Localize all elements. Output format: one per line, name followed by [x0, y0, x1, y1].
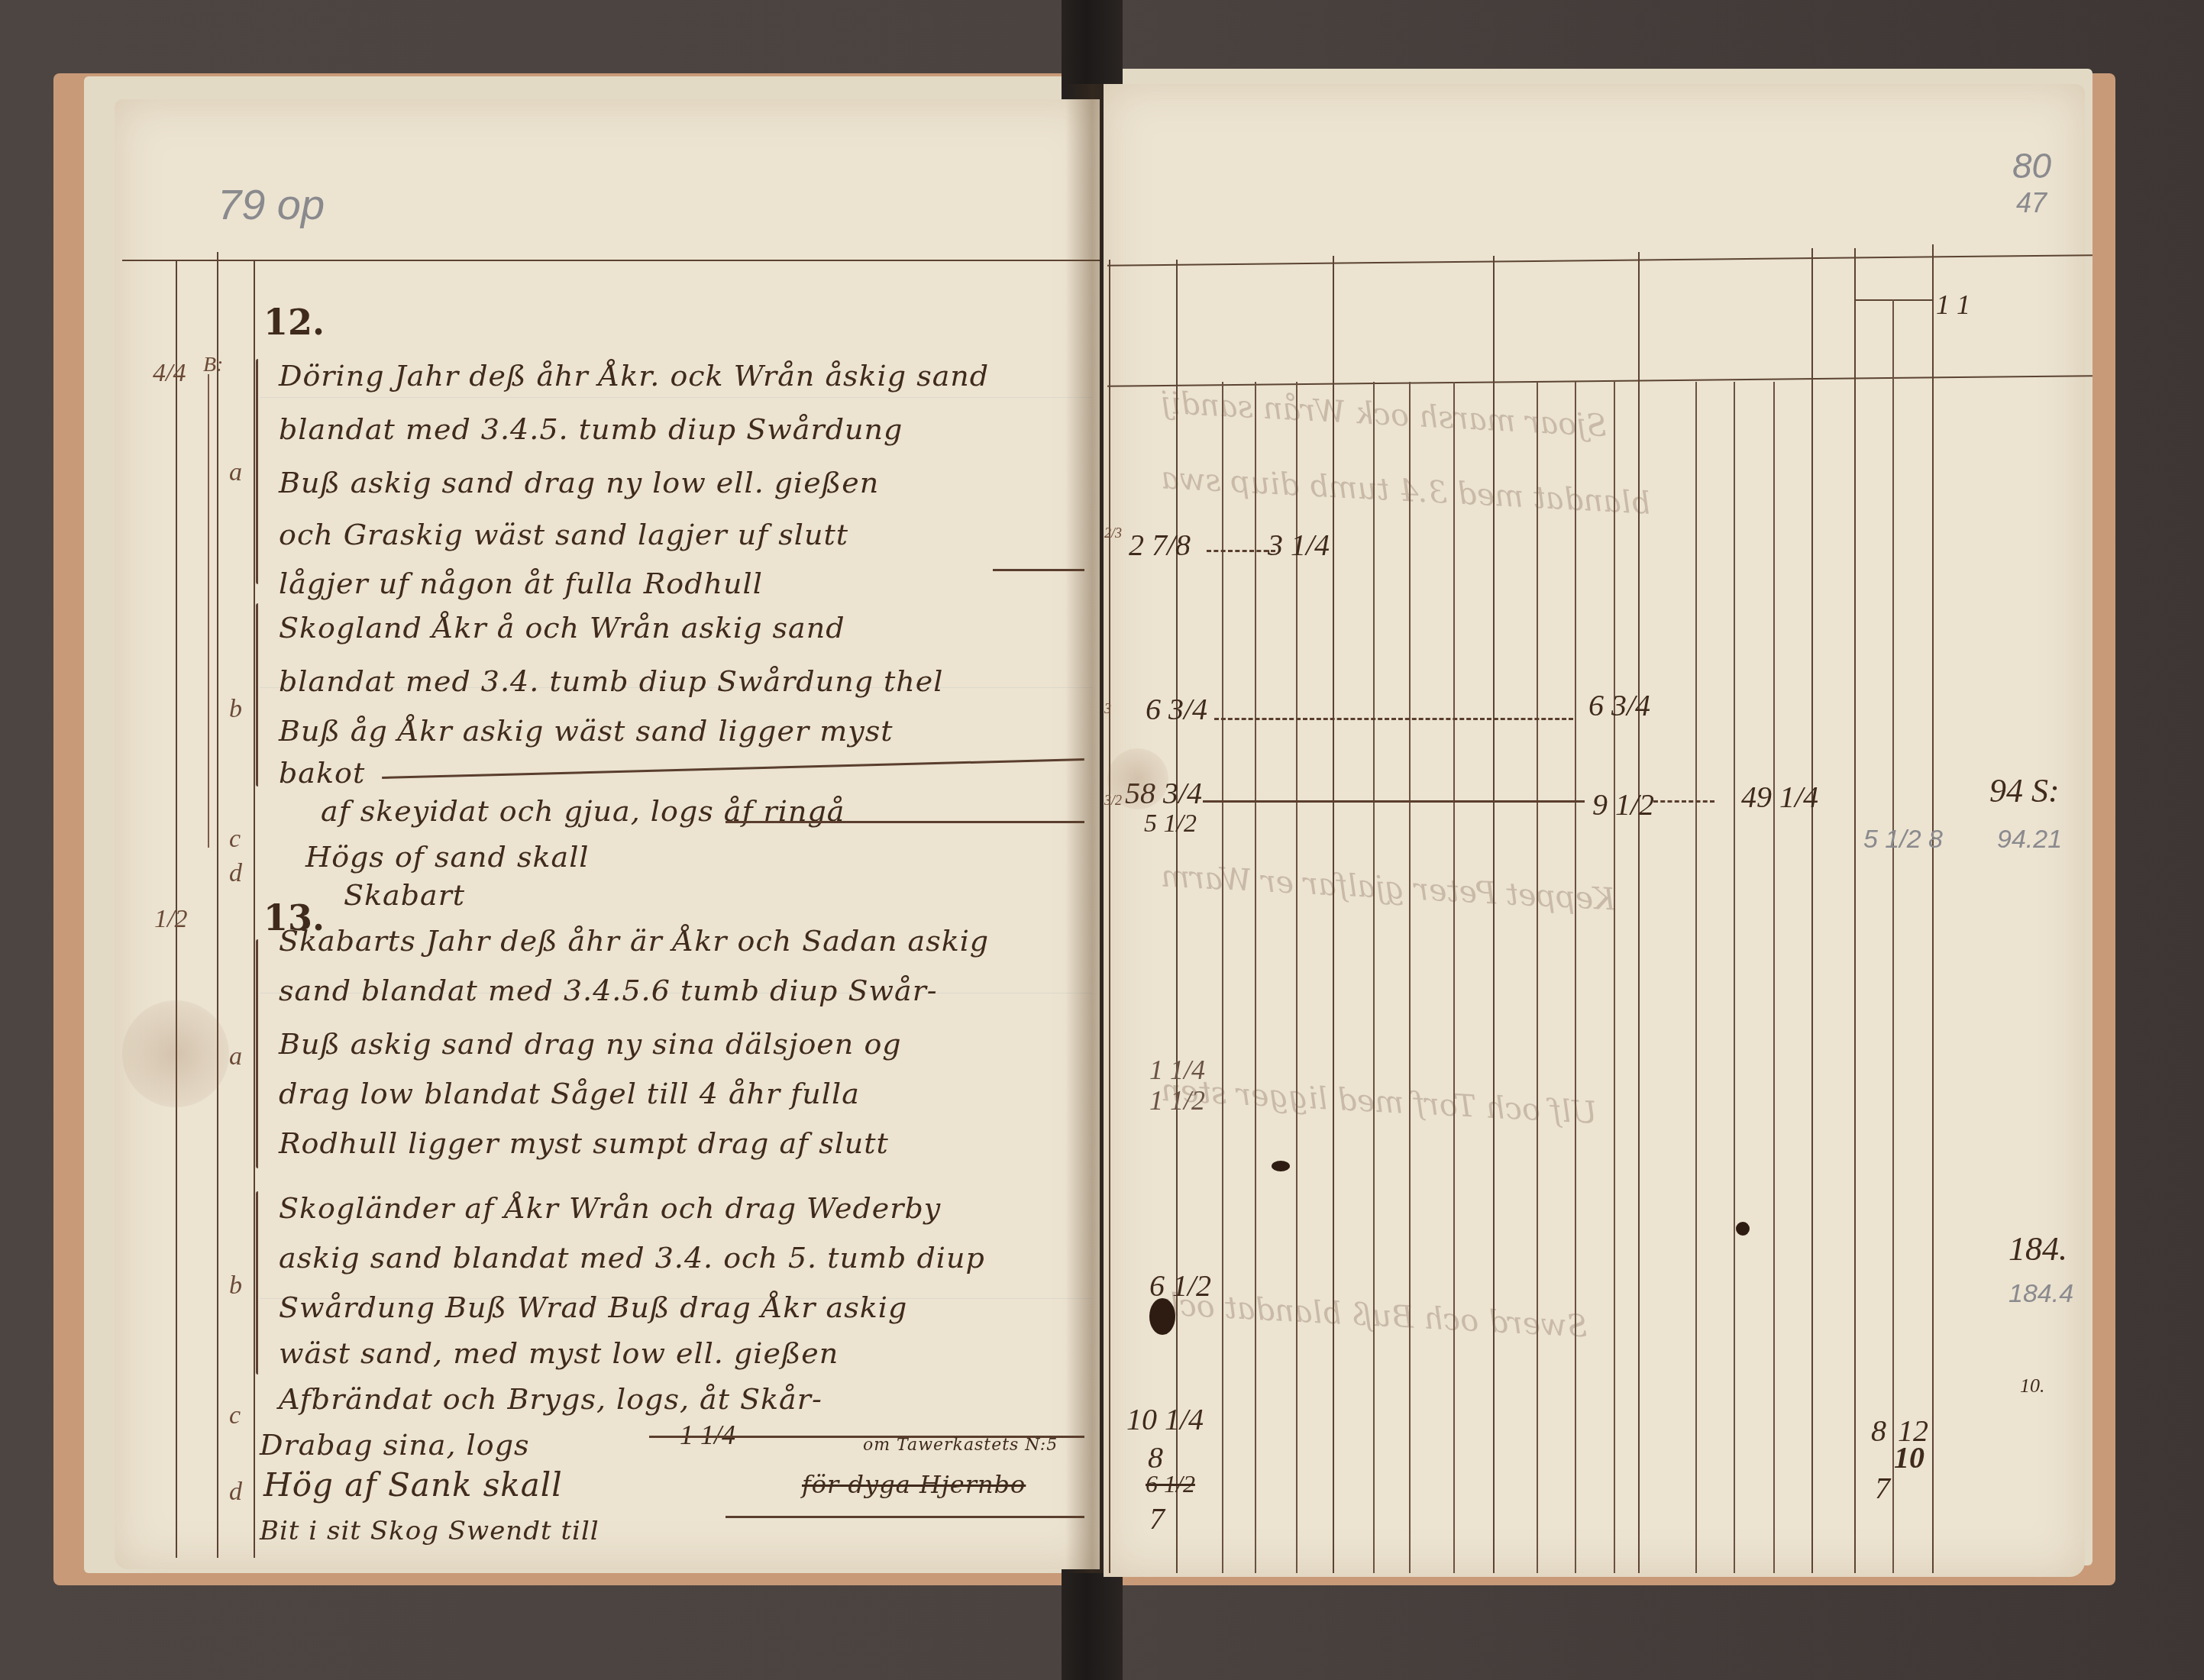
- sub-column-rule: [1695, 382, 1697, 1573]
- section-brace: [256, 359, 258, 584]
- entry-superscript: Skabart: [344, 878, 465, 912]
- sub-column-rule: [1537, 382, 1538, 1573]
- dash-leader: [1653, 800, 1714, 803]
- section-label: a: [229, 1042, 242, 1071]
- section-brace: [256, 939, 258, 1168]
- cell-value: 5 1/2: [1144, 809, 1197, 838]
- text-line: Skogland Åkr å och Wrån askig sand: [279, 611, 845, 645]
- total-value: 184.: [2008, 1229, 2067, 1268]
- cell-value: 9 1/2: [1592, 787, 1654, 822]
- cell-value: 6 3/4: [1588, 687, 1650, 723]
- column-rule: [1892, 299, 1894, 1573]
- section-label: c: [229, 825, 241, 854]
- text-line: sand blandat med 3.4.5.6 tumb diup Swår-: [279, 974, 938, 1007]
- text-line: Bit i sit Skog Swendt till: [260, 1516, 599, 1546]
- section-label: d: [229, 1478, 242, 1507]
- sub-column-rule: [1575, 382, 1576, 1573]
- annotation: om Tawerkastets N:5: [863, 1436, 1058, 1455]
- cell-value: 7: [1875, 1470, 1890, 1506]
- sub-column-rule: [1409, 382, 1411, 1573]
- column-rule: [1493, 256, 1495, 1573]
- column-rule: [1932, 244, 1934, 1573]
- column-rule: [1176, 260, 1178, 1573]
- paper-stain: [1107, 748, 1168, 809]
- row-ref: 3: [1104, 701, 1111, 717]
- text-line: Drabag sina, logs: [260, 1428, 529, 1462]
- pencil-note: 184.4: [2008, 1279, 2073, 1309]
- text-line: askig sand blandat med 3.4. och 5. tumb …: [279, 1241, 985, 1275]
- cell-value: 6 3/4: [1146, 691, 1207, 727]
- dash-leader: [1214, 718, 1573, 720]
- text-line: Buß åg Åkr askig wäst sand ligger myst: [279, 714, 893, 748]
- total-value: 94 S:: [1989, 771, 2060, 810]
- text-line: Afbrändat och Brygs, logs, åt Skår-: [279, 1382, 822, 1416]
- section-label: d: [229, 859, 242, 888]
- column-rule: [1109, 260, 1110, 1573]
- text-line: blandat med 3.4. tumb diup Swårdung thel: [279, 664, 943, 698]
- text-line: bakot: [279, 756, 365, 790]
- entry-number: 12.: [263, 302, 325, 343]
- sub-column-rule: [1773, 382, 1775, 1573]
- sub-column-rule: [1255, 382, 1256, 1573]
- section-label: a: [229, 458, 242, 487]
- text-line: Rodhull ligger myst sumpt drag af slutt: [279, 1126, 889, 1160]
- text-line: Döring Jahr deß åhr Åkr. ock Wrån åskig …: [279, 359, 989, 393]
- pencil-sub-number: 47: [2016, 187, 2047, 219]
- text-line: Högs of sand skall: [305, 840, 589, 874]
- pencil-note: 5 1/2 8: [1863, 825, 1943, 855]
- column-rule: [1333, 256, 1334, 1573]
- cell-value: 1 1/2: [1149, 1084, 1205, 1116]
- text-line: lågjer uf någon åt fulla Rodhull: [279, 567, 763, 600]
- section-brace: [256, 603, 258, 787]
- pencil-folio-right: 80: [2012, 145, 2051, 186]
- leader-line: [1203, 800, 1585, 803]
- header-rule: [122, 260, 1100, 261]
- margin-mark: B:: [203, 353, 223, 377]
- cell-value: 10 1/4: [1126, 1401, 1204, 1437]
- pencil-note: 94.21: [1997, 825, 2062, 855]
- margin-mark: 1/2: [154, 905, 187, 934]
- section-label: c: [229, 1401, 241, 1430]
- sub-column-rule: [1614, 382, 1615, 1573]
- text-line: drag low blandat Sågel till 4 åhr fulla: [279, 1077, 860, 1110]
- row-ref: 2/3: [1104, 525, 1122, 541]
- paper-stain: [122, 1000, 229, 1107]
- text-line: Buß askig sand drag ny sina dälsjoen og: [279, 1027, 902, 1061]
- ink-blot: [1736, 1222, 1750, 1236]
- text-line: Hög af Sank skall: [263, 1466, 563, 1504]
- edge-note: 10.: [2020, 1375, 2045, 1397]
- ink-blot: [1149, 1298, 1175, 1335]
- pencil-folio-left: 79 op: [218, 179, 325, 229]
- cell-value: 49 1/4: [1741, 779, 1818, 815]
- sub-column-rule: [1222, 382, 1223, 1573]
- section-label: b: [229, 1271, 242, 1300]
- cell-value: 3 1/4: [1268, 527, 1330, 563]
- cell-value: 2 7/8: [1129, 527, 1191, 563]
- column-rule: [1638, 252, 1640, 1573]
- text-line: och Graskig wäst sand lagjer uf slutt: [279, 518, 848, 551]
- ledger-line: [726, 821, 1084, 823]
- header-mark: 1 1: [1936, 289, 1970, 321]
- margin-rule: [254, 260, 255, 1558]
- faint-ruling: [260, 397, 1092, 398]
- dash-leader: [1207, 550, 1275, 552]
- cell-value: 8: [1871, 1413, 1886, 1449]
- amount: 1 1/4: [680, 1419, 735, 1451]
- text-line: wäst sand, med myst low ell. gießen: [279, 1336, 839, 1370]
- ink-blot: [1272, 1161, 1290, 1171]
- cell-value-struck: 6 1/2: [1146, 1470, 1195, 1498]
- cell-value: 10: [1894, 1439, 1924, 1475]
- text-line: Skogländer af Åkr Wrån och drag Wederby: [279, 1191, 941, 1225]
- sub-column-rule: [1734, 382, 1735, 1573]
- ledger-line: [726, 1516, 1084, 1518]
- section-label: b: [229, 695, 242, 724]
- margin-bracket: [208, 374, 209, 848]
- margin-mark: 4/4: [153, 359, 186, 388]
- sub-column-rule: [1373, 382, 1375, 1573]
- cell-value: 7: [1149, 1501, 1165, 1536]
- column-rule: [1854, 248, 1856, 1573]
- section-brace: [256, 1191, 258, 1375]
- margin-rule: [217, 252, 218, 1558]
- text-line: Swårdung Buß Wrad Buß drag Åkr askig: [279, 1291, 907, 1324]
- column-rule: [1811, 248, 1813, 1573]
- text-line: Buß askig sand drag ny low ell. gießen: [279, 466, 879, 499]
- struck-text: för dyga Hjernbo: [802, 1470, 1026, 1499]
- cell-value: 1 1/4: [1149, 1054, 1205, 1086]
- text-line: Skabarts Jahr deß åhr är Åkr och Sadan a…: [279, 924, 989, 958]
- text-line: blandat med 3.4.5. tumb diup Swårdung: [279, 412, 903, 446]
- sub-column-rule: [1453, 382, 1455, 1573]
